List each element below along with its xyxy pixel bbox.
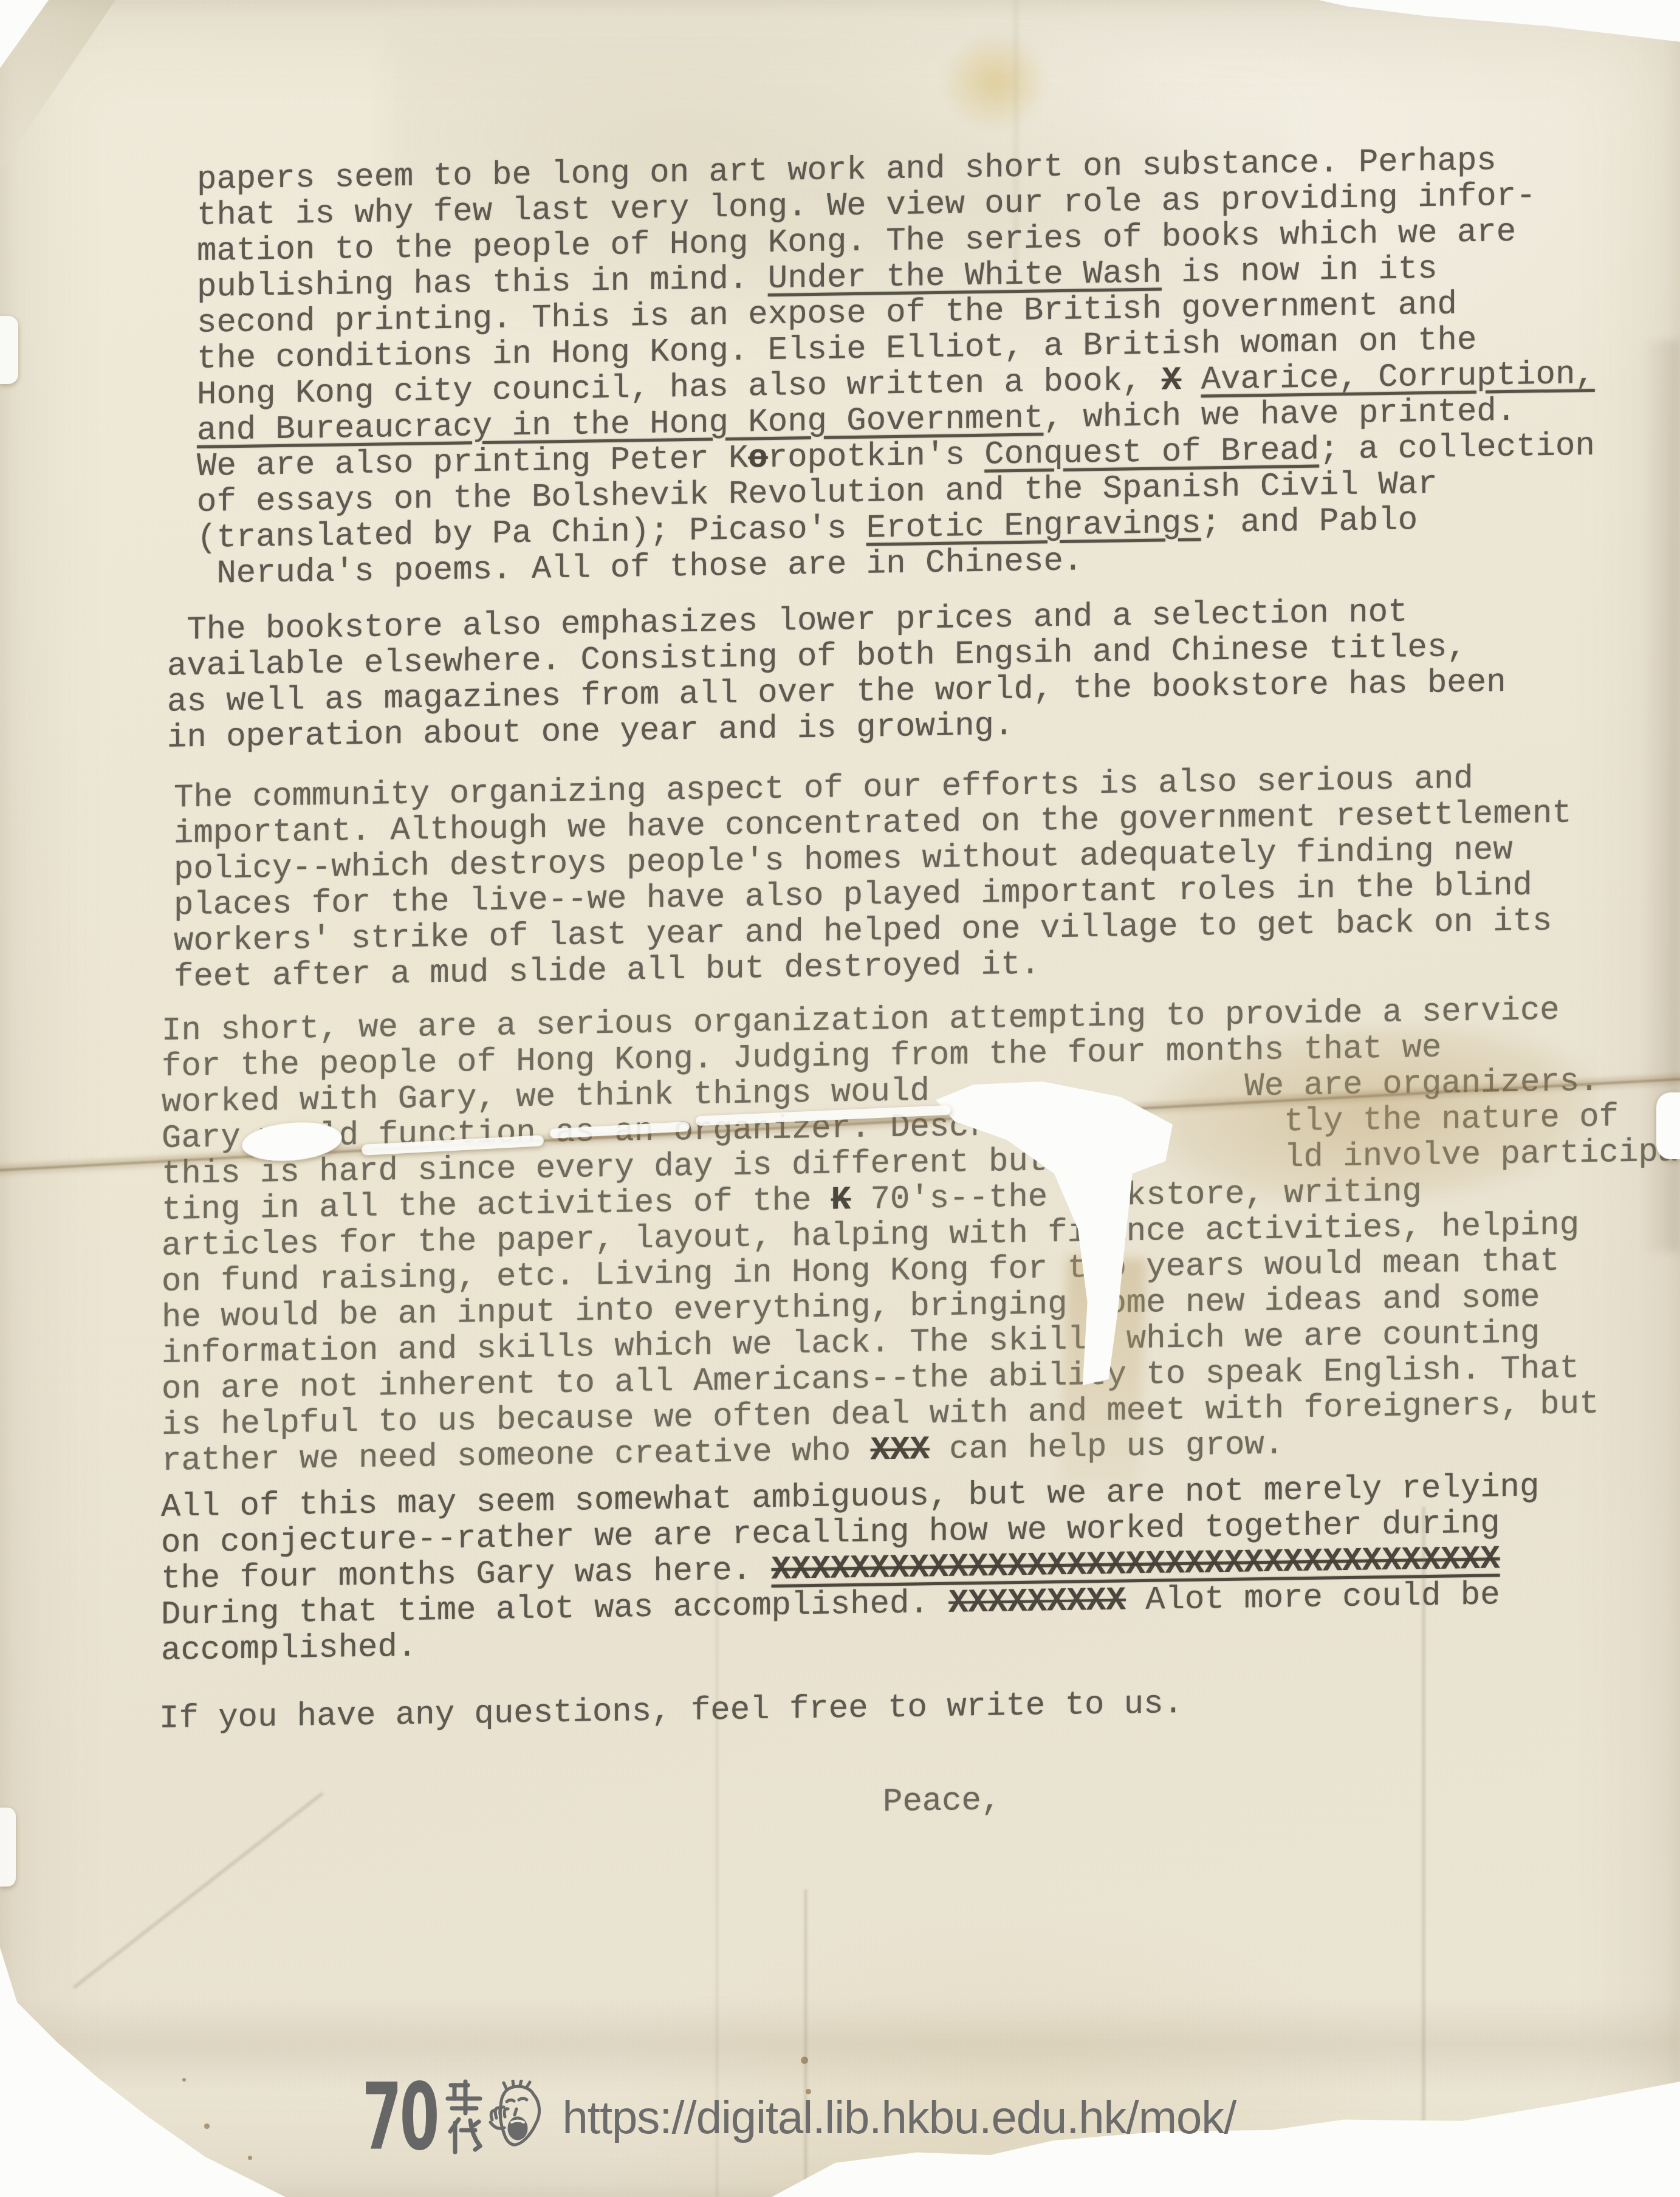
text-run: ; a collection	[1319, 428, 1595, 469]
scanned-letter-page: papers seem to be long on art work and s…	[0, 0, 1680, 2197]
logo-cjk-icon	[445, 2079, 482, 2156]
edge-nick	[0, 316, 18, 384]
stain-dot	[248, 2156, 252, 2160]
text-run: accomplished.	[161, 1629, 417, 1670]
paragraph: The bookstore also emphasizes lower pric…	[167, 591, 1658, 756]
watermark-bar: 70 https://digital.lib.hkbu.edu	[362, 2068, 1236, 2167]
paragraph: papers seem to be long on art work and s…	[197, 140, 1658, 592]
struck-out-text: X	[1162, 362, 1181, 399]
edge-nick	[1656, 1092, 1680, 1159]
watermark-url: https://digital.lib.hkbu.edu.hk/mok/	[563, 2091, 1236, 2144]
text-run: ld involve participa-	[1284, 1133, 1680, 1176]
text-run: ; and Pablo	[1201, 502, 1418, 542]
struck-out-text: o	[748, 440, 767, 477]
stain-dot	[182, 2078, 186, 2082]
text-run: is now in its	[1162, 251, 1438, 292]
paragraph: The community organizing aspect of our e…	[174, 758, 1658, 995]
stain-dot	[801, 2057, 808, 2064]
letter-body: papers seem to be long on art work and s…	[157, 140, 1658, 1831]
text-run	[1181, 362, 1201, 399]
text-run: Alot more could be	[1126, 1577, 1500, 1619]
struck-out-text: XXXXXXXXX	[948, 1582, 1126, 1622]
vertical-fold	[1421, 1507, 1427, 2197]
paragraph: In short, we are a serious organization …	[162, 991, 1658, 1479]
edge-nick	[0, 1808, 16, 1887]
struck-out-text: XXX	[871, 1431, 930, 1469]
struck-out-text: K	[831, 1182, 851, 1219]
text-run: can help us grow.	[930, 1426, 1284, 1469]
paragraph: All of this may seem somewhat ambiguous,…	[161, 1467, 1658, 1669]
text-run: If you have any questions, feel free to …	[159, 1685, 1183, 1738]
vertical-fold	[1012, 0, 1020, 261]
underlined-title: Conquest of Bread	[984, 432, 1319, 474]
text-run: ropotkin's	[768, 437, 984, 477]
text-line: If you have any questions, feel free to …	[159, 1679, 1658, 1737]
logo-70: 70	[362, 2071, 437, 2164]
screaming-face-icon	[485, 2080, 548, 2155]
paragraph: If you have any questions, feel free to …	[159, 1679, 1658, 1737]
stain-dot	[204, 2123, 210, 2129]
underlined-title: Erotic Engravings	[866, 506, 1201, 547]
underlined-title: Avarice, Corruption,	[1201, 356, 1595, 399]
